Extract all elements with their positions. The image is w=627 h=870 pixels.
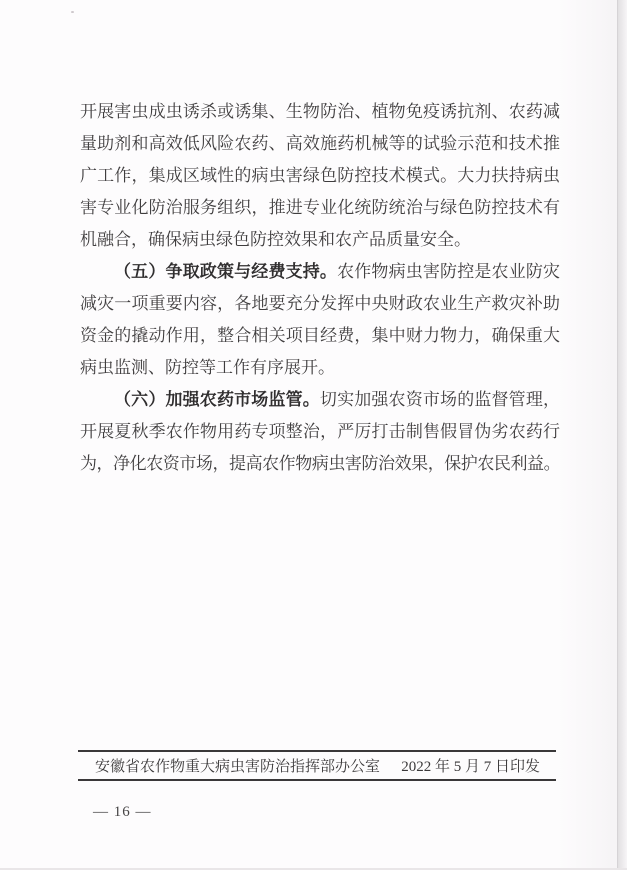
colophon-issuer: 安徽省农作物重大病虫害防治指挥部办公室 — [95, 755, 380, 776]
paragraph-item-six: （六）加强农药市场监管。切实加强农资市场的监督管理， 开展夏秋季农作物用药专项整… — [80, 384, 560, 480]
text-line: （五）争取政策与经费支持。农作物病虫害防控是农业防灾 — [80, 256, 560, 288]
text-line: 为，净化农资市场，提高农作物病虫害防治效果，保护农民利益。 — [80, 448, 560, 480]
text-line: 减灾一项重要内容，各地要充分发挥中央财政农业生产救灾补助 — [80, 288, 560, 320]
paragraph-continuation: 开展害虫成虫诱杀或诱集、生物防治、植物免疫诱抗剂、农药减 量助剂和高效低风险农药… — [80, 96, 560, 256]
text-line: （六）加强农药市场监管。切实加强农资市场的监督管理， — [80, 384, 560, 416]
text-line: 开展夏秋季农作物用药专项整治，严厉打击制售假冒伪劣农药行 — [80, 416, 560, 448]
colophon: 安徽省农作物重大病虫害防治指挥部办公室 2022 年 5 月 7 日印发 — [78, 750, 556, 781]
text-line: 广工作，集成区域性的病虫害绿色防控技术模式。大力扶持病虫 — [80, 160, 560, 192]
text-line: 病虫监测、防控等工作有序展开。 — [80, 352, 560, 384]
text-line: 资金的撬动作用，整合相关项目经费，集中财力物力，确保重大 — [80, 320, 560, 352]
text-line: 量助剂和高效低风险农药、高效施药机械等的试验示范和技术推 — [80, 128, 560, 160]
scan-edge-right — [617, 0, 627, 870]
scan-speck — [71, 11, 74, 13]
text-line: 害专业化防治服务组织，推进专业化统防统治与绿色防控技术有 — [80, 192, 560, 224]
colophon-row: 安徽省农作物重大病虫害防治指挥部办公室 2022 年 5 月 7 日印发 — [78, 752, 556, 779]
body-text: 开展害虫成虫诱杀或诱集、生物防治、植物免疫诱抗剂、农药减 量助剂和高效低风险农药… — [80, 96, 560, 480]
item-six-heading: （六）加强农药市场监管。 — [114, 390, 320, 409]
item-five-text: 农作物病虫害防控是农业防灾 — [337, 262, 560, 281]
item-six-text: 切实加强农资市场的监督管理， — [320, 390, 560, 409]
item-five-heading: （五）争取政策与经费支持。 — [114, 262, 337, 281]
colophon-print-date: 2022 年 5 月 7 日印发 — [401, 755, 540, 776]
text-line: 开展害虫成虫诱杀或诱集、生物防治、植物免疫诱抗剂、农药减 — [80, 96, 560, 128]
paragraph-item-five: （五）争取政策与经费支持。农作物病虫害防控是农业防灾 减灾一项重要内容，各地要充… — [80, 256, 560, 384]
scan-shadow-soft — [558, 0, 618, 870]
document-page: 开展害虫成虫诱杀或诱集、生物防治、植物免疫诱抗剂、农药减 量助剂和高效低风险农药… — [0, 0, 627, 870]
text-line: 机融合，确保病虫绿色防控效果和农产品质量安全。 — [80, 224, 560, 256]
page-number: — 16 — — [93, 804, 152, 821]
